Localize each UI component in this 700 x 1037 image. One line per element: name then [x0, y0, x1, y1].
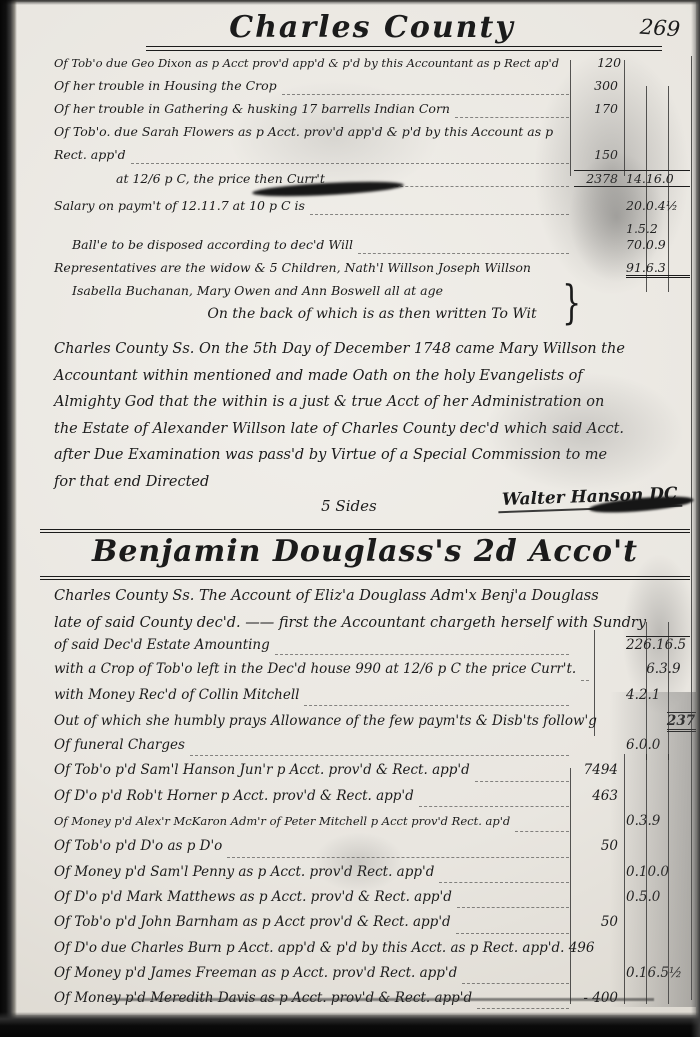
dash-leader [599, 957, 607, 959]
money-total: 14.16.0 [626, 171, 690, 186]
entry-text: Of D'o due Charles Burn p Acct. app'd & … [54, 940, 594, 956]
tobacco-total: 2378 [574, 171, 626, 186]
money-amount: 0.3.9 [626, 813, 690, 829]
total-amounts: 2378 14.16.0 [574, 170, 690, 187]
entry-text: with a Crop of Tob'o left in the Dec'd h… [54, 661, 576, 677]
dash-leader [456, 932, 569, 934]
dash-leader [457, 906, 569, 908]
scan-edge-left [0, 0, 17, 1037]
ledger-row: of said Dec'd Estate Amounting 226.16.5 [54, 636, 690, 661]
ledger-row: Of Tob'o p'd Sam'l Hanson Jun'r p Acct. … [54, 762, 690, 787]
dash-leader [419, 805, 569, 807]
tobacco-amount: - 400 [574, 990, 626, 1006]
ledger-row: with a Crop of Tob'o left in the Dec'd h… [54, 661, 690, 686]
entry-text: Of Tob'o due Geo Dixon as p Acct prov'd … [54, 56, 559, 70]
ledger-row: Of funeral Charges 6.0.0 [54, 737, 690, 762]
section-footer: 5 Sides Walter Hanson DC [54, 495, 690, 525]
money-amount: 91.6.3 [626, 260, 690, 278]
back-note-line: On the back of which is as then written … [54, 306, 690, 332]
affidavit-line: Charles County Ss. On the 5th Day of Dec… [54, 336, 690, 363]
entry-text: On the back of which is as then written … [207, 306, 536, 322]
money-amount: 20.0.4½ [626, 198, 690, 213]
dash-leader [131, 162, 569, 164]
entry-text: Rect. app'd [54, 147, 126, 162]
dash-leader [564, 70, 572, 72]
dash-leader [227, 856, 569, 858]
scan-edge-bottom [0, 1012, 700, 1037]
sides-note: 5 Sides [321, 497, 377, 515]
money-amount: 6.3.9 [646, 661, 696, 677]
money-amount: 6.0.0 [626, 737, 690, 753]
entry-text: Of Tob'o p'd Sam'l Hanson Jun'r p Acct. … [54, 762, 470, 778]
entry-text: Ball'e to be disposed according to dec'd… [72, 237, 353, 252]
account-intro-line: Charles County Ss. The Account of Eliz'a… [54, 583, 690, 610]
entry-text: Of Money p'd Meredith Davis as p Acct. p… [54, 990, 472, 1006]
dash-leader [310, 213, 569, 215]
page-content: Charles County 269 Of Tob'o due Geo Dixo… [14, 2, 696, 1015]
money-amount: 4.2.1 [626, 687, 690, 703]
tobacco-amount: 7494 [574, 762, 626, 778]
dash-leader [59, 229, 569, 231]
tobacco-amount: 463 [574, 788, 626, 804]
entry-text: Of Tob'o. due Sarah Flowers as p Acct. p… [54, 124, 553, 139]
ledger-row: Of Money p'd Sam'l Penny as p Acct. prov… [54, 864, 690, 889]
ledger-row: Of Tob'o. due Sarah Flowers as p Acct. p… [54, 124, 690, 147]
entry-text: with Money Rec'd of Collin Mitchell [54, 687, 299, 703]
ledger-row: Of her trouble in Gathering & husking 17… [54, 101, 690, 124]
ledger-row: Of Money p'd Alex'r McKaron Adm'r of Pet… [54, 813, 690, 838]
account-intro-line: late of said County dec'd. —— first the … [54, 610, 690, 637]
dash-leader [304, 704, 569, 706]
entry-text: at 12/6 p C, the price then Curr't [116, 171, 325, 186]
tobacco-amount: 170 [574, 101, 626, 116]
ledger-row: Salary on paym't of 12.11.7 at 10 p C is… [54, 198, 690, 221]
scan-edge-right [691, 0, 700, 1037]
entry-text: Of Money p'd Alex'r McKaron Adm'r of Pet… [54, 814, 510, 828]
ledger-row: Of Tob'o due Geo Dixon as p Acct prov'd … [54, 55, 690, 78]
entry-text: Of funeral Charges [54, 737, 185, 753]
paper-sheet: Charles County 269 Of Tob'o due Geo Dixo… [14, 2, 696, 1015]
ledger-row: Of her trouble in Housing the Crop 300 [54, 78, 690, 101]
dash-leader [455, 116, 569, 118]
entry-text: Salary on paym't of 12.11.7 at 10 p C is [54, 198, 305, 213]
dash-leader [477, 1007, 569, 1009]
willson-account-section: Of Tob'o due Geo Dixon as p Acct prov'd … [54, 55, 690, 525]
affidavit-line: Accountant within mentioned and made Oat… [54, 363, 690, 390]
douglass-account-section: Benjamin Douglass's 2d Acco't Charles Co… [54, 529, 690, 1015]
scan-edge-top [0, 0, 700, 5]
ledger-row: Rect. app'd 150 [54, 147, 690, 170]
account-title: Benjamin Douglass's 2d Acco't [40, 532, 690, 577]
entry-text: Of D'o p'd Rob't Horner p Acct. prov'd &… [54, 788, 414, 804]
entry-text: Of Tob'o p'd John Barnham as p Acct prov… [54, 914, 451, 930]
account-title-rules: Benjamin Douglass's 2d Acco't [40, 529, 690, 580]
money-amount: 70.0.9 [626, 237, 690, 252]
dash-leader [602, 729, 610, 731]
dash-leader [581, 679, 589, 681]
ledger-row: Representatives are the widow & 5 Childr… [54, 260, 690, 283]
affidavit-line: the Estate of Alexander Willson late of … [54, 416, 690, 443]
dash-leader [439, 881, 569, 883]
dash-leader [462, 982, 569, 984]
money-amount: 0.16.5½ [626, 965, 690, 981]
header-rule [146, 46, 662, 51]
ledger-row: Of D'o p'd Rob't Horner p Acct. prov'd &… [54, 788, 690, 813]
money-amount: 1.5.2 [626, 221, 690, 236]
dash-leader [275, 653, 569, 655]
dash-leader [282, 93, 569, 95]
ledger-row: Ball'e to be disposed according to dec'd… [54, 237, 690, 260]
tobacco-amount: 50 [574, 914, 626, 930]
tobacco-amount: 150 [574, 147, 626, 162]
dash-leader [190, 754, 569, 756]
money-amount: 226.16.5 [626, 636, 690, 653]
dash-leader [515, 830, 569, 832]
ledger-row: with Money Rec'd of Collin Mitchell 4.2.… [54, 687, 690, 712]
page-number: 269 [639, 15, 681, 42]
entry-text: Out of which she humbly prays Allowance … [54, 713, 597, 729]
entry-text: Representatives are the widow & 5 Childr… [54, 260, 531, 275]
scanned-ledger-page: Charles County 269 Of Tob'o due Geo Dixo… [0, 0, 700, 1037]
entry-text: Of her trouble in Gathering & husking 17… [54, 101, 450, 116]
tobacco-amount: 120 [577, 55, 629, 70]
entry-text: Of D'o p'd Mark Matthews as p Acct. prov… [54, 889, 452, 905]
entry-text: Of Tob'o p'd D'o as p D'o [54, 838, 222, 854]
dash-leader [358, 252, 569, 254]
clerk-signature: Walter Hanson DC [498, 484, 682, 513]
ledger-row: Of Money p'd James Freeman as p Acct. pr… [54, 965, 690, 990]
ledger-row: Of D'o due Charles Burn p Acct. app'd & … [54, 940, 690, 965]
entry-text: Of Money p'd Sam'l Penny as p Acct. prov… [54, 864, 434, 880]
entry-text: Isabella Buchanan, Mary Owen and Ann Bos… [72, 283, 443, 298]
dash-leader [558, 139, 569, 141]
money-amount: 0.10.0 [626, 864, 690, 880]
ledger-total-row: Out of which she humbly prays Allowance … [54, 712, 690, 737]
page-header: Charles County 269 [54, 8, 690, 51]
ledger-row: Of Tob'o p'd John Barnham as p Acct prov… [54, 914, 690, 939]
entry-text: Of Money p'd James Freeman as p Acct. pr… [54, 965, 457, 981]
tobacco-amount: 50 [574, 838, 626, 854]
affidavit-line: Almighty God that the within is a just &… [54, 389, 690, 416]
dash-leader [475, 780, 569, 782]
ledger-row: 1.5.2 [54, 221, 690, 237]
entry-text: Of her trouble in Housing the Crop [54, 78, 277, 93]
entry-text: of said Dec'd Estate Amounting [54, 637, 270, 653]
page-title: Charles County [229, 10, 515, 45]
money-amount: 0.5.0 [626, 889, 690, 905]
ledger-row: Of Tob'o p'd D'o as p D'o 50 [54, 838, 690, 863]
affidavit-line: after Due Examination was pass'd by Virt… [54, 442, 690, 469]
tobacco-amount: 300 [574, 78, 626, 93]
ledger-row: Isabella Buchanan, Mary Owen and Ann Bos… [54, 283, 690, 306]
ledger-row: Of D'o p'd Mark Matthews as p Acct. prov… [54, 889, 690, 914]
